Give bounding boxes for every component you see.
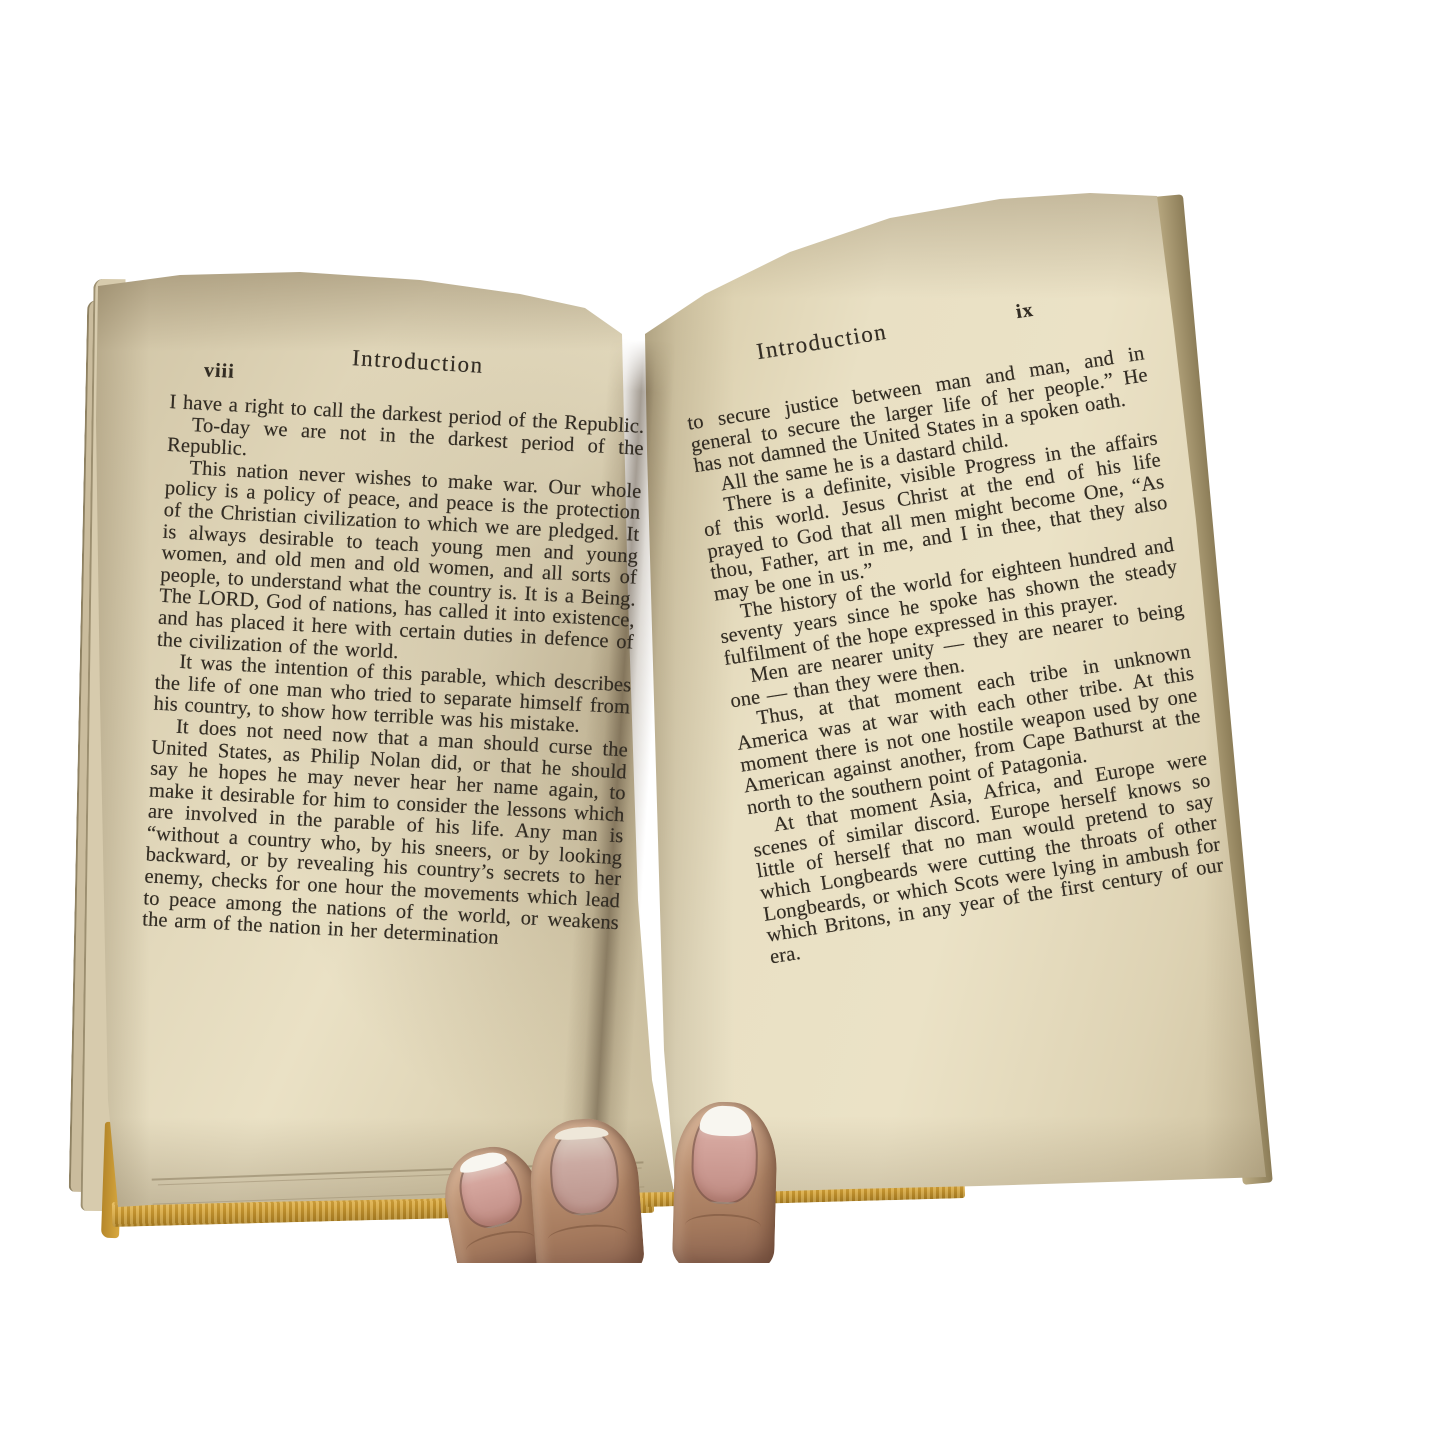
left-page-number: viii [203,359,235,384]
fingernail-tip [699,1105,752,1136]
paragraph: It does not need now that a man should c… [142,715,629,956]
open-book-photo: viii Introduction I have a right to call… [0,0,1445,1445]
fingernail-tip [554,1125,608,1140]
fingernail [691,1105,760,1205]
fingernail [452,1147,528,1233]
right-page-text: to secure justice between man and man, a… [686,343,1228,969]
finger [672,1101,778,1263]
fingernail-tip [458,1149,507,1175]
left-page-text: I have a right to call the darkest perio… [142,392,646,956]
right-page-number: ix [1014,299,1035,324]
hand [428,1093,794,1263]
fingernail [547,1125,621,1218]
finger [527,1115,646,1263]
paragraph: This nation never wishes to make war. Ou… [156,457,642,676]
